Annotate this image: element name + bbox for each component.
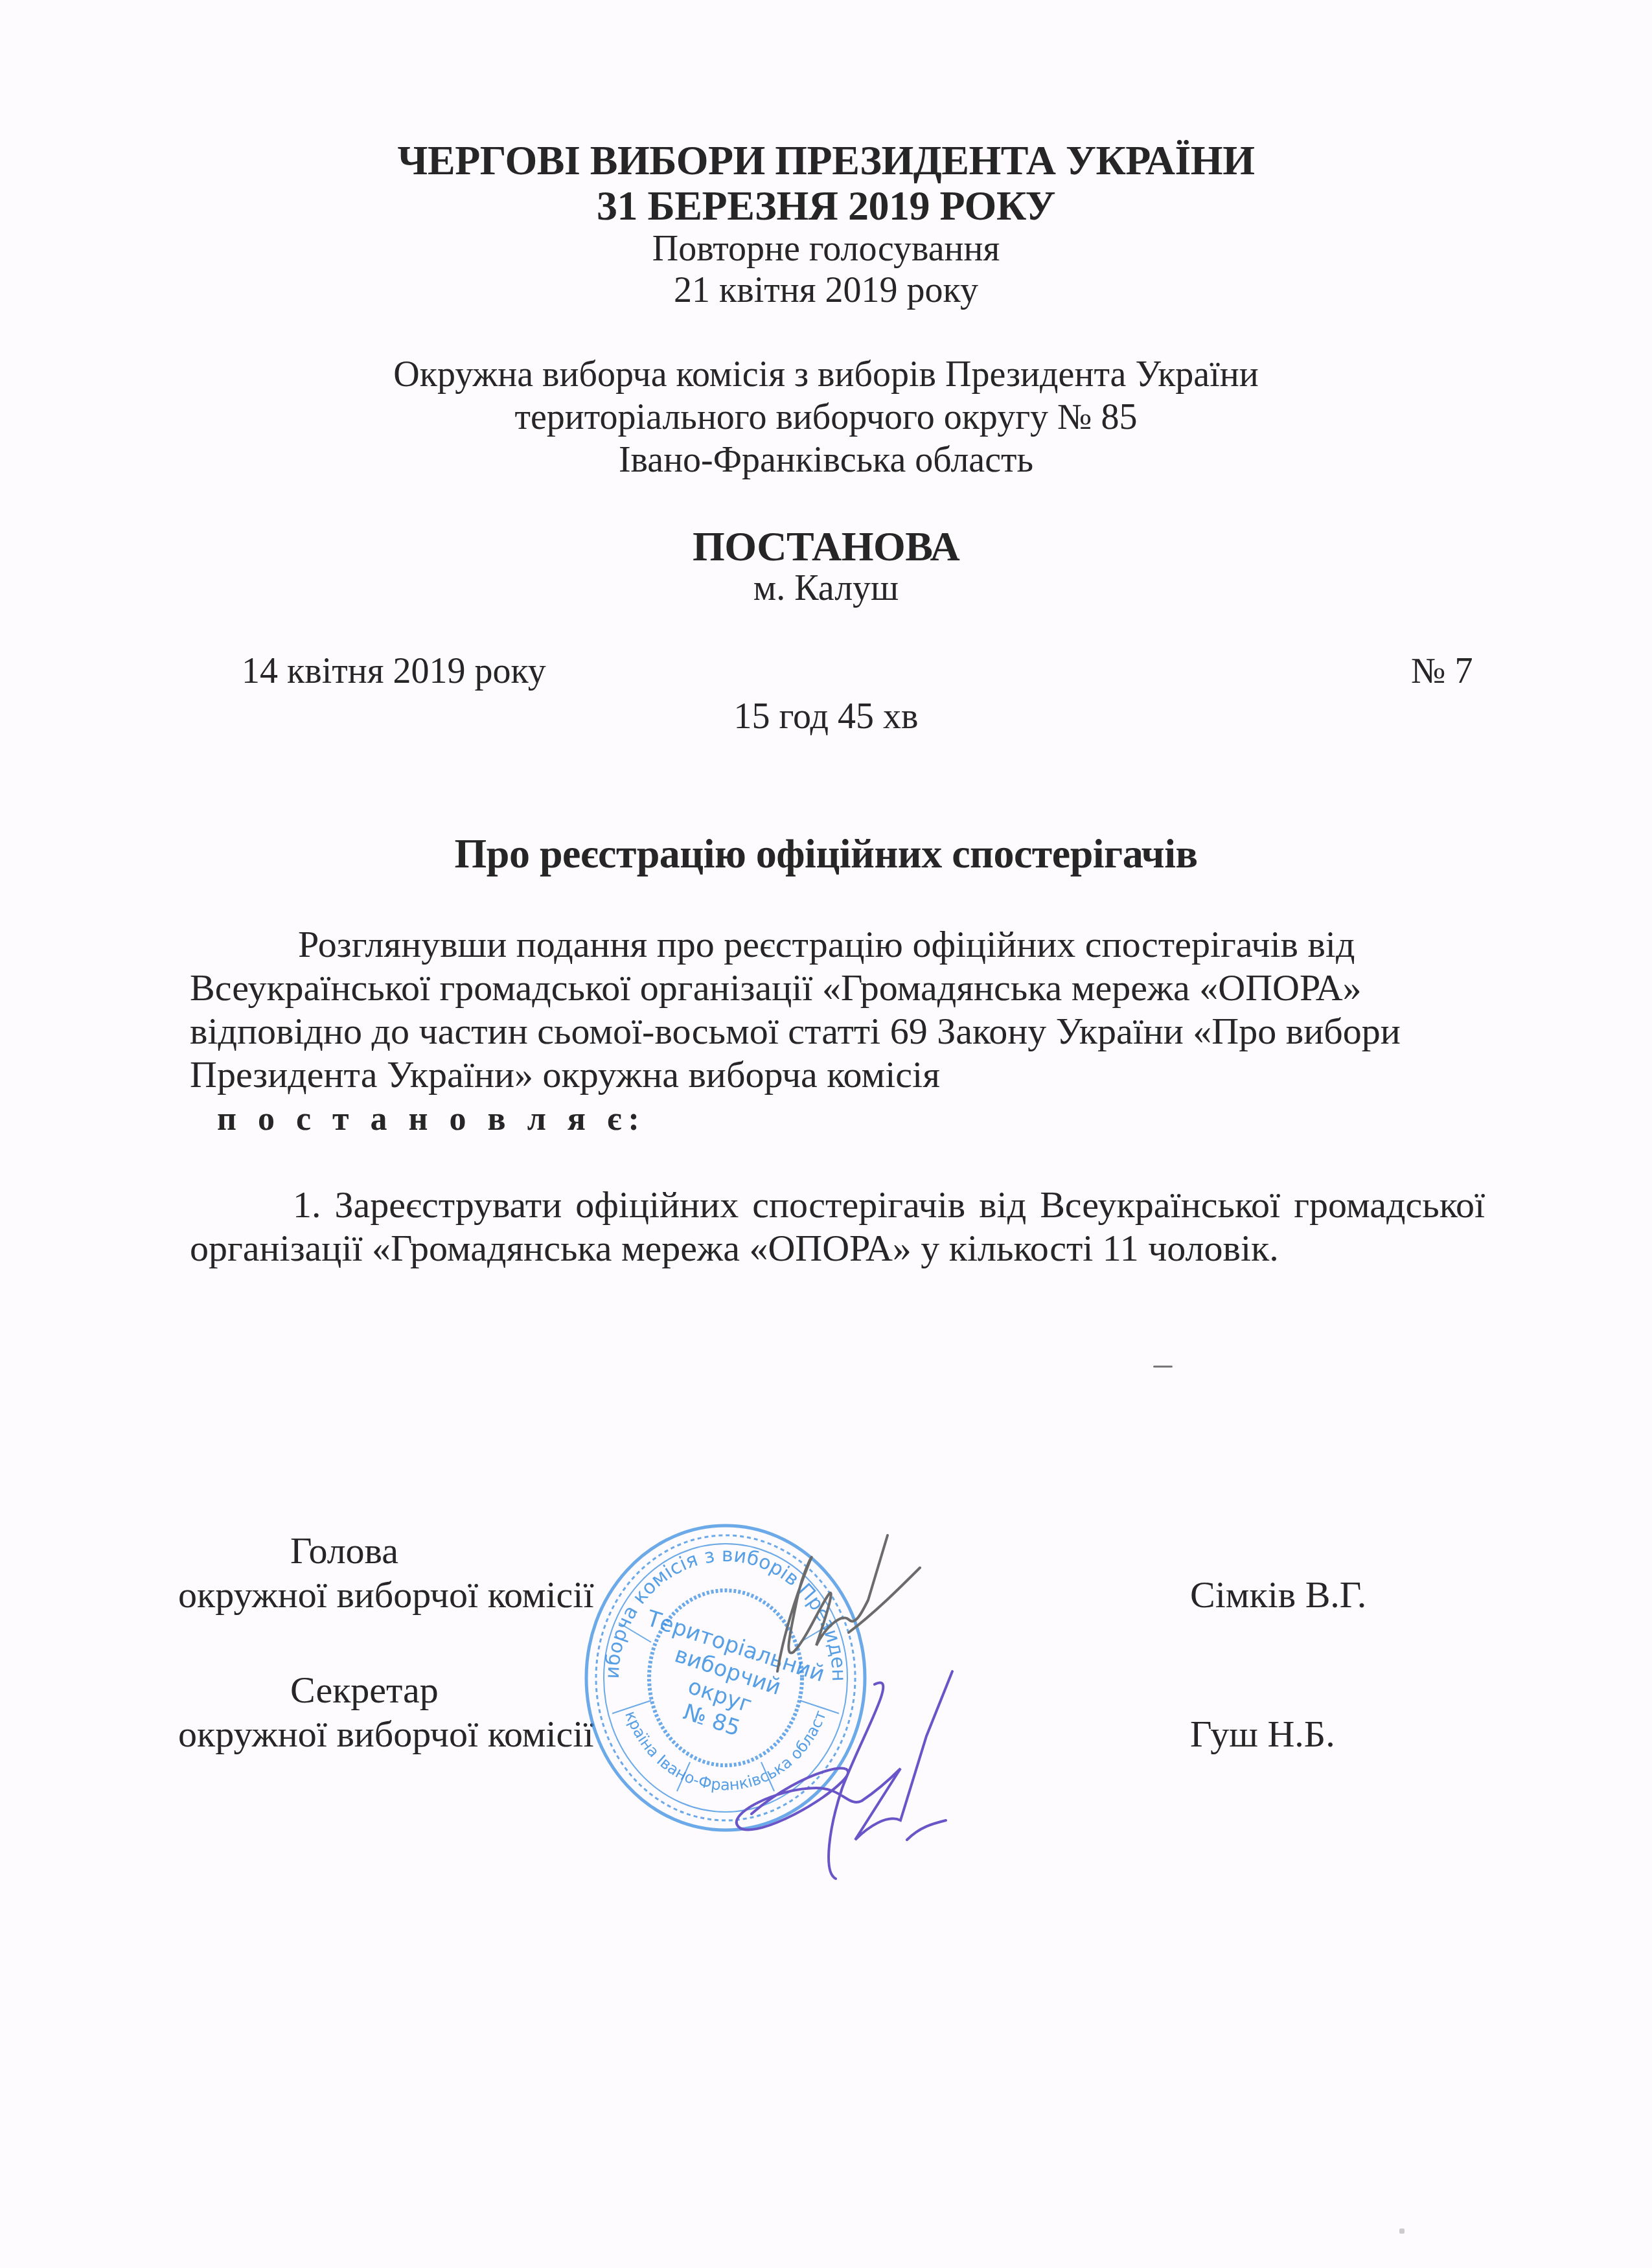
secretary-signature: [713, 1658, 1011, 1908]
scan-speck: [1399, 2228, 1405, 2234]
decides-label: п о с т а н о в л я є:: [217, 1100, 646, 1138]
resolution-city: м. Калуш: [0, 567, 1652, 609]
resolution-number: № 7: [1411, 650, 1473, 692]
election-date-title: 31 БЕРЕЗНЯ 2019 РОКУ: [0, 183, 1652, 229]
resolution-time: 15 год 45 хв: [0, 696, 1652, 737]
preamble-line-1: Розглянувши подання про реєстрацію офіці…: [298, 922, 1355, 966]
decision-item-1-line-1: 1. Зареєструвати офіційних спостерігачів…: [293, 1183, 1485, 1226]
runoff-label: Повторне голосування: [0, 228, 1652, 269]
chair-name: Сімків В.Г.: [1190, 1573, 1366, 1616]
commission-district: територіального виборчого округу № 85: [0, 396, 1652, 438]
chair-title: Голова: [290, 1529, 398, 1572]
preamble-line-3: відповідно до частин сьомої-восьмої стат…: [190, 1009, 1401, 1053]
election-title: ЧЕРГОВІ ВИБОРИ ПРЕЗИДЕНТА УКРАЇНИ: [0, 137, 1652, 184]
chair-title-commission: окружної виборчої комісії: [178, 1573, 594, 1616]
resolution-heading: ПОСТАНОВА: [0, 523, 1652, 570]
resolution-subject: Про реєстрацію офіційних спостерігачів: [0, 830, 1652, 877]
commission-name: Окружна виборча комісія з виборів Презид…: [0, 354, 1652, 395]
secretary-title-commission: окружної виборчої комісії: [178, 1712, 594, 1756]
preamble-line-2: Всеукраїнської громадської організації «…: [190, 966, 1362, 1009]
signature-scribble-icon: [713, 1658, 1011, 1905]
commission-region: Івано-Франківська область: [0, 439, 1652, 481]
preamble-line-4: Президента України» окружна виборча комі…: [190, 1053, 940, 1096]
scan-mark: [1153, 1366, 1173, 1368]
decision-item-1-line-2: організації «Громадянська мережа «ОПОРА»…: [190, 1226, 1279, 1270]
secretary-name: Гуш Н.Б.: [1190, 1712, 1335, 1756]
secretary-title: Секретар: [290, 1668, 439, 1712]
runoff-date: 21 квітня 2019 року: [0, 269, 1652, 311]
resolution-date: 14 квітня 2019 року: [242, 650, 546, 692]
